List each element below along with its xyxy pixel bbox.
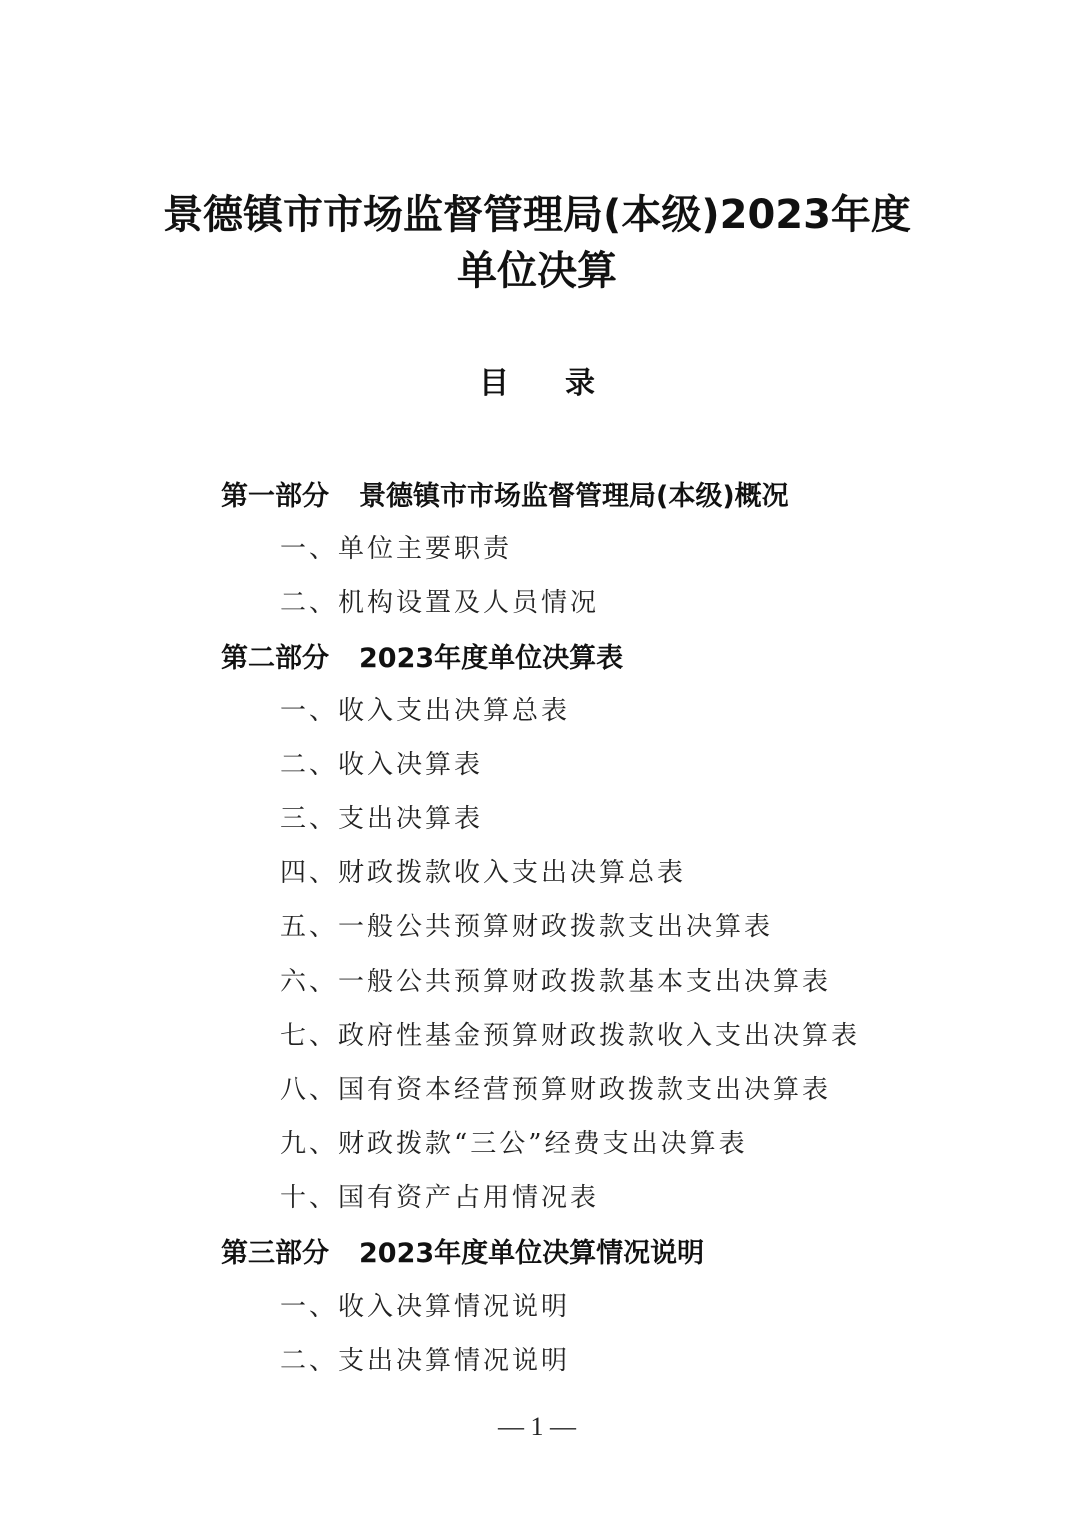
toc-item: 二、支出决算情况说明	[280, 1340, 570, 1377]
toc-heading-char-1: 目	[479, 358, 509, 402]
toc-item: 六、一般公共预算财政拨款基本支出决算表	[280, 961, 831, 998]
toc-part-2: 第二部分2023年度单位决算表	[221, 636, 623, 675]
toc-item: 三、支出决算表	[280, 798, 483, 835]
toc-item: 五、一般公共预算财政拨款支出决算表	[280, 906, 773, 943]
toc-item: 二、机构设置及人员情况	[280, 582, 599, 619]
toc-heading: 目录	[0, 358, 1074, 402]
toc-part-3: 第三部分2023年度单位决算情况说明	[221, 1231, 704, 1270]
part-title: 景德镇市市场监督管理局(本级)概况	[359, 481, 789, 512]
toc-item: 二、收入决算表	[280, 744, 483, 781]
toc-item: 七、政府性基金预算财政拨款收入支出决算表	[280, 1015, 860, 1052]
part-label: 第三部分	[221, 1231, 329, 1270]
toc-item: 四、财政拨款收入支出决算总表	[280, 852, 686, 889]
toc-item: 十、国有资产占用情况表	[280, 1177, 599, 1214]
toc-item: 九、财政拨款“三公”经费支出决算表	[280, 1123, 748, 1160]
part-title: 2023年度单位决算表	[359, 643, 623, 674]
toc-item: 一、收入决算情况说明	[280, 1286, 570, 1323]
toc-item: 一、单位主要职责	[280, 528, 512, 565]
part-title: 2023年度单位决算情况说明	[359, 1238, 704, 1269]
toc-part-1: 第一部分景德镇市市场监督管理局(本级)概况	[221, 474, 789, 513]
part-label: 第二部分	[221, 636, 329, 675]
toc-item: 八、国有资本经营预算财政拨款支出决算表	[280, 1069, 831, 1106]
document-title-line-2: 单位决算	[0, 242, 1074, 300]
document-title-line-1: 景德镇市市场监督管理局(本级)2023年度	[0, 186, 1074, 244]
part-label: 第一部分	[221, 474, 329, 513]
toc-item: 一、收入支出决算总表	[280, 690, 570, 727]
page-number: — 1 —	[0, 1412, 1074, 1442]
toc-heading-char-2: 录	[565, 358, 595, 402]
